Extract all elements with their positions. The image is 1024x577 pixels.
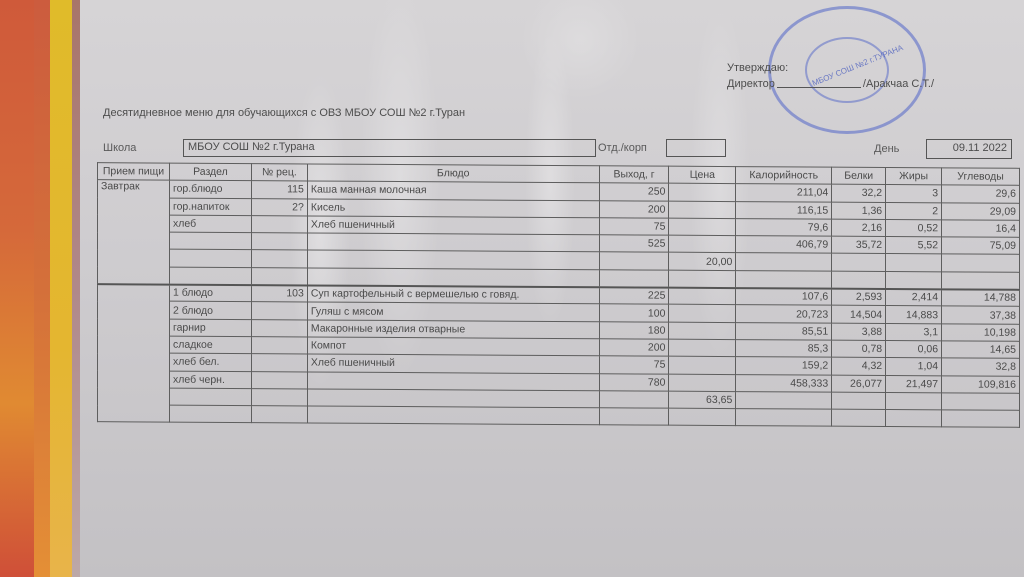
cell-price (669, 374, 736, 392)
cell-recipe: 103 (251, 285, 307, 303)
school-label: Школа (103, 142, 136, 154)
cell-section (169, 388, 251, 406)
total-protein: 26,077 (832, 375, 886, 393)
cell-fat: 3 (886, 185, 942, 203)
total-carbs: 109,816 (942, 375, 1020, 393)
cell-recipe (251, 267, 307, 285)
cell-protein: 4,32 (832, 357, 886, 375)
cell-fat: 0,52 (886, 219, 942, 237)
cell-carbs: 14,65 (942, 341, 1020, 359)
cell-output: 250 (599, 183, 669, 201)
binder-edge-yellow (50, 0, 72, 577)
cell-output: 75 (599, 356, 669, 374)
cell-kcal: 20,723 (736, 305, 832, 323)
cell-fat: 1,04 (886, 358, 942, 376)
day-field: 09.11 2022 (926, 139, 1012, 159)
cell-fat: 0,06 (886, 340, 942, 358)
cell-recipe (251, 319, 307, 337)
cell-price (669, 270, 736, 288)
cell-protein: 2,593 (832, 288, 886, 306)
cell-dish (307, 389, 599, 408)
cell-price (669, 235, 736, 253)
cell-recipe (251, 250, 307, 268)
cell-output: 200 (599, 339, 669, 357)
total-output: 525 (599, 235, 669, 253)
cell-dish (307, 250, 599, 269)
header-dish: Блюдо (307, 164, 599, 183)
binder-edge-red (0, 0, 34, 577)
cell-protein: 1,36 (832, 202, 886, 220)
cell-protein: 2,16 (832, 219, 886, 237)
cell-protein (832, 409, 886, 427)
cell-dish: Макаронные изделия отварные (307, 320, 599, 339)
total-kcal: 406,79 (736, 236, 832, 254)
header-carbs: Углеводы (942, 168, 1020, 186)
total-kcal: 458,333 (736, 374, 832, 392)
cell-kcal (736, 409, 832, 427)
header-fat: Жиры (886, 167, 942, 185)
cell-section: хлеб черн. (169, 371, 251, 389)
cell-protein: 14,504 (832, 306, 886, 324)
header-protein: Белки (832, 167, 886, 185)
cell-fat (886, 392, 942, 410)
cell-price (669, 183, 736, 201)
signature-line (777, 87, 861, 88)
cell-recipe (251, 233, 307, 251)
cell-carbs: 14,788 (942, 289, 1020, 307)
cell-carbs: 37,38 (942, 306, 1020, 324)
price-total: 63,65 (669, 391, 736, 409)
cell-recipe (251, 388, 307, 406)
cell-carbs (942, 410, 1020, 428)
cell-kcal: 85,51 (736, 322, 832, 340)
cell-protein: 32,2 (832, 184, 886, 202)
cell-section: 2 блюдо (169, 301, 251, 319)
cell-protein (832, 271, 886, 289)
cell-fat: 14,883 (886, 306, 942, 324)
cell-kcal (736, 253, 832, 271)
cell-carbs: 32,8 (942, 358, 1020, 376)
cell-price (669, 408, 736, 426)
header-price: Цена (669, 166, 736, 184)
cell-price (669, 322, 736, 340)
cell-dish: Каша манная молочная (307, 181, 599, 200)
cell-carbs: 29,09 (942, 202, 1020, 220)
price-total: 20,00 (669, 253, 736, 271)
cell-dish: Кисель (307, 199, 599, 218)
cell-section (169, 250, 251, 268)
menu-table: Прием пищи Раздел № рец. Блюдо Выход, г … (97, 162, 1020, 428)
cell-kcal: 211,04 (736, 184, 832, 202)
dept-label: Отд./корп (598, 142, 647, 154)
cell-recipe (251, 216, 307, 234)
cell-dish (307, 233, 599, 252)
cell-section: гор.блюдо (169, 180, 251, 198)
cell-output: 75 (599, 218, 669, 236)
cell-price (669, 201, 736, 219)
header-recipe: № рец. (251, 164, 307, 182)
cell-protein: 3,88 (832, 323, 886, 341)
cell-dish (307, 406, 599, 425)
official-stamp: МБОУ СОШ №2 г.ТУРАНА (768, 6, 926, 134)
cell-carbs: 29,6 (942, 185, 1020, 203)
cell-fat (886, 254, 942, 272)
cell-section: хлеб бел. (169, 353, 251, 371)
cell-carbs (942, 272, 1020, 290)
total-fat: 21,497 (886, 375, 942, 393)
cell-section: гор.напиток (169, 198, 251, 216)
header-meal: Прием пищи (98, 163, 170, 181)
cell-section (169, 267, 251, 285)
cell-section: 1 блюдо (169, 284, 251, 302)
director-signature-line: Директор/Аракчаа С.Т./ (727, 78, 934, 90)
cell-recipe: 115 (251, 181, 307, 199)
approve-label: Утверждаю: (727, 62, 788, 74)
cell-kcal: 79,6 (736, 218, 832, 236)
cell-dish: Хлеб пшеничный (307, 216, 599, 235)
cell-fat: 2,414 (886, 289, 942, 307)
cell-fat: 3,1 (886, 323, 942, 341)
cell-section (169, 232, 251, 250)
cell-section: гарнир (169, 319, 251, 337)
cell-output (599, 408, 669, 426)
cell-output: 200 (599, 200, 669, 218)
cell-output (599, 270, 669, 288)
cell-recipe (251, 337, 307, 355)
cell-fat: 2 (886, 202, 942, 220)
cell-fat (886, 410, 942, 428)
cell-price (669, 356, 736, 374)
cell-price (669, 218, 736, 236)
dept-field (666, 139, 726, 157)
cell-section: хлеб (169, 215, 251, 233)
cell-carbs: 10,198 (942, 324, 1020, 342)
cell-kcal (736, 270, 832, 288)
director-label: Директор (727, 78, 775, 90)
cell-protein (832, 254, 886, 272)
cell-price (669, 305, 736, 323)
cell-kcal: 159,2 (736, 357, 832, 375)
cell-price (669, 339, 736, 357)
cell-output: 100 (599, 304, 669, 322)
cell-section (169, 405, 251, 423)
cell-fat (886, 271, 942, 289)
cell-kcal: 116,15 (736, 201, 832, 219)
cell-price (669, 287, 736, 305)
cell-recipe (251, 406, 307, 424)
cell-kcal: 85,3 (736, 340, 832, 358)
cell-carbs (942, 393, 1020, 411)
header-output: Выход, г (599, 166, 669, 184)
cell-output: 180 (599, 321, 669, 339)
header-section: Раздел (169, 163, 251, 181)
cell-kcal: 107,6 (736, 288, 832, 306)
total-output: 780 (599, 373, 669, 391)
cell-dish: Хлеб пшеничный (307, 354, 599, 373)
cell-recipe (251, 354, 307, 372)
cell-dish: Суп картофельный с вермешелью с говяд. (307, 285, 599, 304)
cell-carbs: 16,4 (942, 220, 1020, 238)
total-carbs: 75,09 (942, 237, 1020, 255)
cell-protein: 0,78 (832, 340, 886, 358)
cell-output (599, 252, 669, 270)
cell-carbs (942, 254, 1020, 272)
meal-cell (98, 284, 170, 423)
cell-dish (307, 372, 599, 391)
header-kcal: Калорийность (736, 167, 832, 185)
cell-dish: Гуляш с мясом (307, 302, 599, 321)
cell-recipe: 2? (251, 198, 307, 216)
meal-cell: Завтрак (98, 180, 170, 284)
cell-dish (307, 268, 599, 287)
cell-output (599, 391, 669, 409)
school-field: МБОУ СОШ №2 г.Турана (183, 139, 596, 157)
total-protein: 35,72 (832, 236, 886, 254)
document-title: Десятидневное меню для обучающихся с ОВЗ… (103, 107, 465, 119)
cell-dish: Компот (307, 337, 599, 356)
cell-recipe (251, 371, 307, 389)
day-label: День (874, 143, 899, 155)
cell-section: сладкое (169, 336, 251, 354)
cell-recipe (251, 302, 307, 320)
total-fat: 5,52 (886, 237, 942, 255)
cell-output: 225 (599, 287, 669, 305)
cell-protein (832, 392, 886, 410)
director-name: /Аракчаа С.Т./ (863, 78, 934, 90)
cell-kcal (736, 391, 832, 409)
